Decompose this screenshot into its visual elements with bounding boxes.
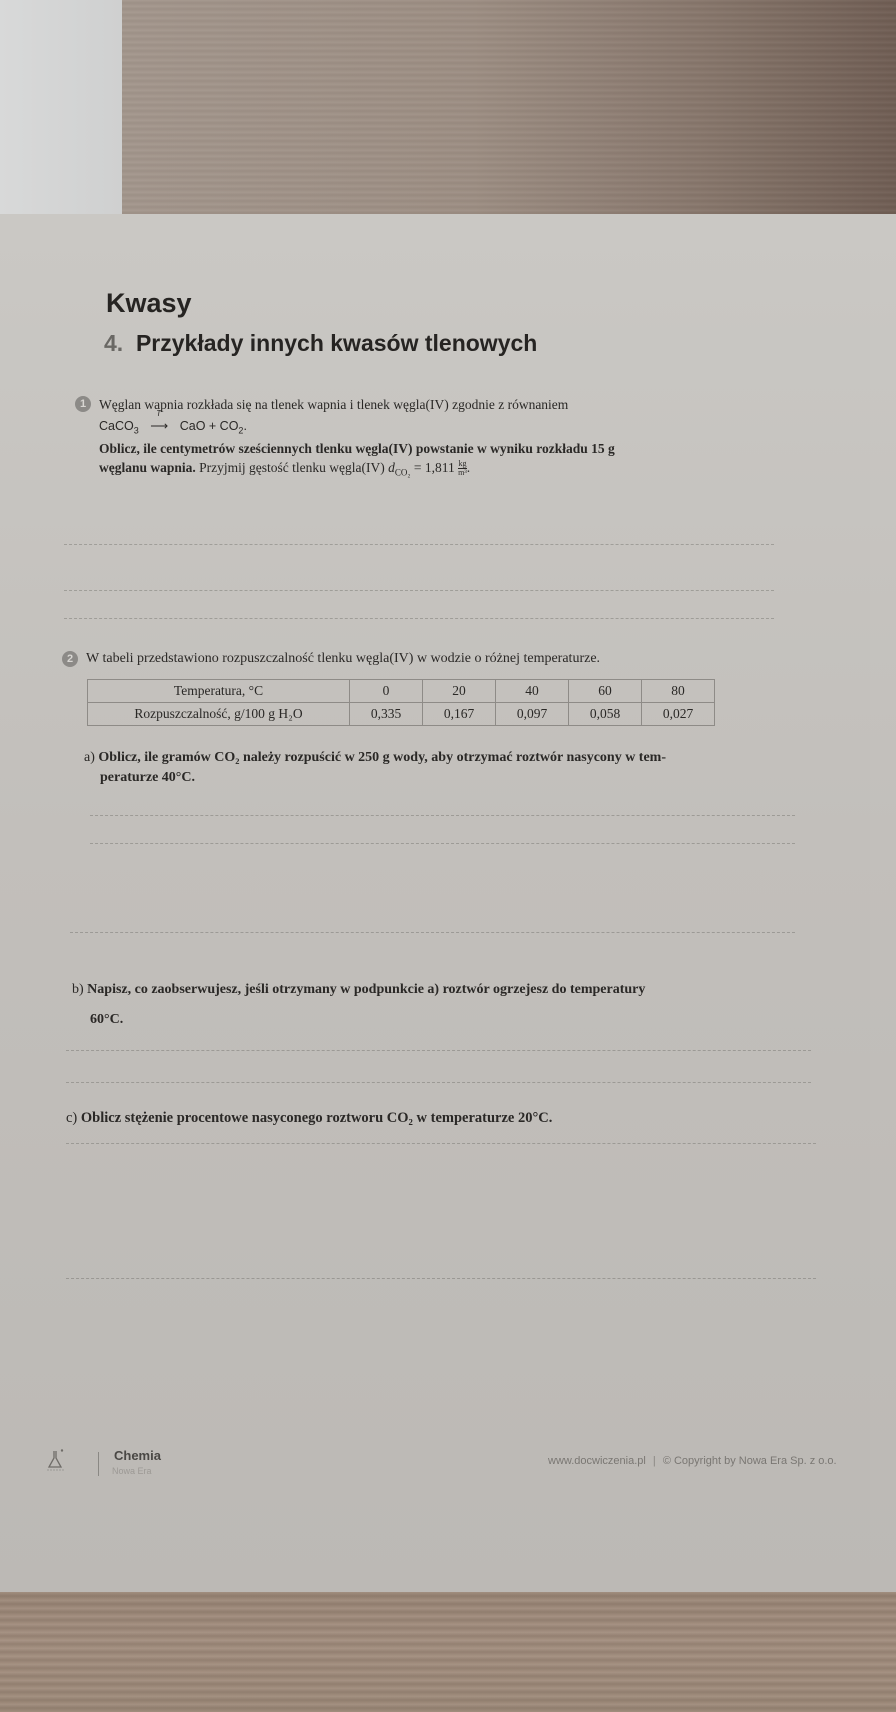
exercise-2-intro: W tabeli przedstawiono rozpuszczalność t… bbox=[86, 651, 600, 667]
footer-website: www.docwiczenia.pl bbox=[548, 1455, 646, 1467]
footer-links: www.docwiczenia.pl | © Copyright by Nowa… bbox=[548, 1455, 837, 1467]
exercise-1-task: Oblicz, ile centymetrów sześciennych tle… bbox=[99, 441, 615, 457]
footer-subject-sub: Nowa Era bbox=[112, 1466, 152, 1476]
section-name: Przykłady innych kwasów tlenowych bbox=[136, 330, 537, 356]
exercise-1-equation: CaCO3 T⟶ CaO + CO2. bbox=[99, 418, 247, 436]
exercise-2-badge: 2 bbox=[62, 651, 78, 667]
row-header-temperature: Temperatura, °C bbox=[88, 680, 350, 703]
reaction-arrow-icon: T⟶ bbox=[142, 418, 176, 433]
answer-line[interactable] bbox=[70, 932, 795, 933]
wood-table-bottom bbox=[0, 1592, 896, 1712]
subtask-a-line2: peraturze 40°C. bbox=[100, 770, 195, 786]
footer-copyright: © Copyright by Nowa Era Sp. z o.o. bbox=[663, 1455, 837, 1467]
solubility-table: Temperatura, °C 0 20 40 60 80 Rozpuszcza… bbox=[87, 679, 715, 726]
answer-line[interactable] bbox=[64, 544, 774, 545]
subtask-b-line2: 60°C. bbox=[90, 1012, 123, 1028]
answer-line[interactable] bbox=[64, 618, 774, 619]
footer-divider bbox=[98, 1452, 99, 1476]
exercise-1-intro: Węglan wapnia rozkłada się na tlenek wap… bbox=[99, 397, 568, 413]
section-number: 4. bbox=[104, 330, 123, 356]
subtask-b: b) Napisz, co zaobserwujesz, jeśli otrzy… bbox=[72, 982, 645, 998]
answer-line[interactable] bbox=[64, 590, 774, 591]
subtask-c: c) Oblicz stężenie procentowe nasyconego… bbox=[66, 1110, 552, 1127]
density-unit: kg m³ bbox=[458, 460, 467, 477]
table-row: Temperatura, °C 0 20 40 60 80 bbox=[88, 680, 715, 703]
table-row: Rozpuszczalność, g/100 g H₂O 0,335 0,167… bbox=[88, 703, 715, 726]
answer-line[interactable] bbox=[66, 1278, 816, 1279]
answer-line[interactable] bbox=[90, 843, 795, 844]
answer-line[interactable] bbox=[66, 1050, 811, 1051]
section-title: 4. Przykłady innych kwasów tlenowych bbox=[104, 330, 537, 357]
exercise-1-task-line2: węglanu wapnia. Przyjmij gęstość tlenku … bbox=[99, 460, 470, 478]
wood-table-top bbox=[122, 0, 896, 214]
chapter-title: Kwasy bbox=[106, 288, 192, 319]
subtask-a: a) Oblicz, ile gramów CO₂ należy rozpuśc… bbox=[84, 750, 666, 766]
background-left bbox=[0, 0, 122, 214]
row-header-solubility: Rozpuszczalność, g/100 g H₂O bbox=[88, 703, 350, 726]
flask-icon bbox=[46, 1448, 68, 1472]
answer-line[interactable] bbox=[66, 1143, 816, 1144]
exercise-1-badge: 1 bbox=[75, 396, 91, 412]
footer-subject: Chemia bbox=[114, 1448, 161, 1463]
answer-line[interactable] bbox=[90, 815, 795, 816]
answer-line[interactable] bbox=[66, 1082, 811, 1083]
